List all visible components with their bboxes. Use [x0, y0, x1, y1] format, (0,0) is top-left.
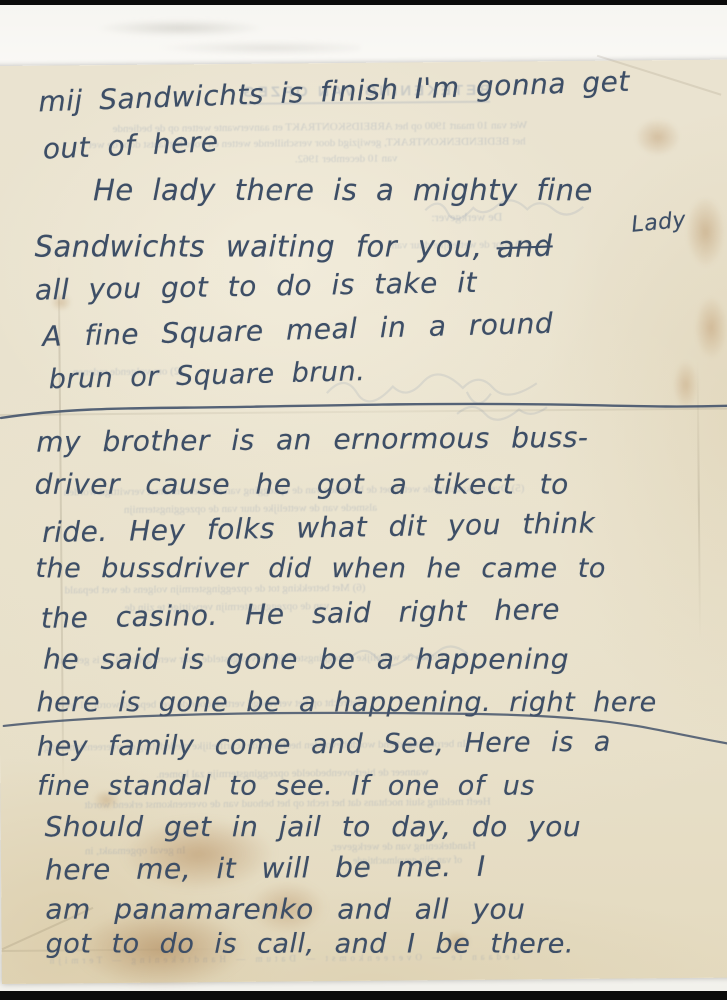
struck-word: and [496, 228, 553, 264]
handwritten-line: the casino. He said right here [41, 593, 561, 635]
handwritten-line: Sandwichts waiting for you,and [35, 229, 553, 263]
ghost-print-line: De werkgever: [431, 210, 502, 226]
backing-wrinkle [60, 13, 360, 63]
handwritten-line: driver cause he got a tikect to [35, 467, 569, 500]
handwritten-line: am panamarenko and all you [45, 892, 525, 925]
paper-crease [697, 360, 701, 640]
line-text: Sandwichts waiting for you, [35, 229, 483, 263]
handwritten-line: brun or Square brun. [48, 356, 365, 395]
handwritten-line: he said is gone be a happening [43, 642, 569, 675]
handwritten-line: here is gone be a happening. right here [37, 687, 657, 718]
age-stain [685, 196, 726, 268]
age-stain [634, 118, 680, 156]
age-stain [694, 296, 727, 360]
handwritten-line: the bussdriver did when he came to [35, 553, 605, 584]
ghost-print-line: van 10 december 1962. [295, 152, 398, 165]
handwritten-line: He lady there is a mighty fine [93, 173, 593, 207]
handwritten-line: out of here [42, 125, 219, 166]
handwritten-line: fine standal to see. If one of us [37, 770, 535, 801]
inserted-word: Lady [630, 208, 687, 238]
handwritten-line: Should get in jail to day, do you [45, 810, 581, 843]
letter-paper: BETEKENING VAN OPZEG Wet van 10 maart 19… [0, 60, 727, 984]
age-stain [673, 360, 699, 410]
handwritten-line: all you got to do is take it [35, 266, 478, 307]
handwritten-line: mij Sandwichts is finish I'm gonna get [38, 65, 630, 119]
handwritten-line: my brother is an ernormous buss- [36, 421, 588, 459]
separator-pen-line [1, 401, 727, 418]
paper-crease [0, 408, 727, 416]
handwritten-line: got to do is call, and I be there. [46, 928, 574, 959]
handwritten-line: hey family come and See, Here is a [37, 727, 611, 763]
handwritten-line: A fine Square meal in a round [42, 307, 554, 353]
handwritten-line: here me, it will be me. I [45, 850, 486, 887]
